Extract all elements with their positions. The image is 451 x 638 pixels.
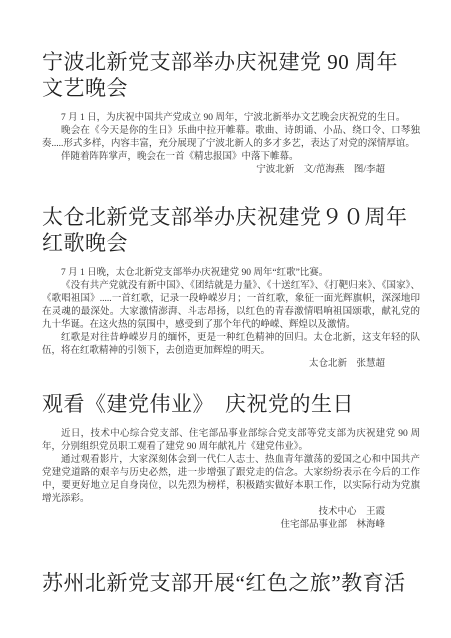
article-title: 太仓北新党支部举办庆祝建党９０周年 红歌晚会: [42, 204, 420, 256]
article-title-line: 红歌晚会: [42, 230, 420, 256]
article-body: 7 月 1 日，为庆祝中国共产党成立 90 周年，宁波北新举办文艺晚会庆祝党的生…: [42, 112, 420, 177]
article-title-line: 宁波北新党支部举办庆祝建党 90 周年: [42, 49, 420, 75]
article-title-line: 文艺晚会: [42, 75, 420, 101]
article-title-line: 观看《建党伟业》 庆祝党的生日: [42, 391, 420, 417]
article-title-line: 太仓北新党支部举办庆祝建党９０周年: [42, 204, 420, 230]
article-section-ningbo: 宁波北新党支部举办庆祝建党 90 周年 文艺晚会 7 月 1 日，为庆祝中国共产…: [42, 49, 420, 177]
document-page: 宁波北新党支部举办庆祝建党 90 周年 文艺晚会 7 月 1 日，为庆祝中国共产…: [0, 0, 451, 638]
article-paragraph: 7 月 1 日晚，太仓北新党支部举办庆祝建党 90 周年“红歌”比赛。: [42, 267, 420, 280]
article-section-jiandangweiye: 观看《建党伟业》 庆祝党的生日 近日，技术中心综合党支部、住宅部品事业部综合党支…: [42, 391, 420, 532]
article-section-suzhou: 苏州北新党支部开展“红色之旅”教育活: [42, 570, 420, 596]
article-paragraph: 晚会在《今天是你的生日》乐曲中拉开帷幕。歌曲、诗朗诵、小品、绕口令、口琴独奏..…: [42, 125, 420, 151]
article-section-taicang: 太仓北新党支部举办庆祝建党９０周年 红歌晚会 7 月 1 日晚，太仓北新党支部举…: [42, 204, 420, 371]
article-paragraph: 《没有共产党就没有新中国》、《团结就是力量》、《十送红军》、《打靶归来》、《国家…: [42, 280, 420, 332]
article-byline: 技术中心 王霞: [42, 506, 420, 519]
article-paragraph: 近日，技术中心综合党支部、住宅部品事业部综合党支部等党支部为庆祝建党 90 周年…: [42, 428, 420, 454]
article-paragraph: 伴随着阵阵掌声，晚会在一首《精忠报国》中落下帷幕。: [42, 151, 420, 164]
article-title: 苏州北新党支部开展“红色之旅”教育活: [42, 570, 420, 596]
article-byline: 宁波北新 文/范海燕 图/李超: [42, 164, 420, 177]
article-byline: 住宅部品事业部 林海峰: [42, 519, 420, 532]
article-paragraph: 通过观看影片，大家深刻体会到一代仁人志士、热血青年激荡的爱国之心和中国共产党建党…: [42, 454, 420, 506]
article-paragraph: 7 月 1 日，为庆祝中国共产党成立 90 周年，宁波北新举办文艺晚会庆祝党的生…: [42, 112, 420, 125]
article-title: 观看《建党伟业》 庆祝党的生日: [42, 391, 420, 417]
article-byline: 太仓北新 张慧超: [42, 358, 420, 371]
article-paragraph: 红歌是对往昔峥嵘岁月的缅怀，更是一种红色精神的回归。太仓北新，这支年轻的队伍，将…: [42, 332, 420, 358]
article-body: 近日，技术中心综合党支部、住宅部品事业部综合党支部等党支部为庆祝建党 90 周年…: [42, 428, 420, 532]
article-title-line: 苏州北新党支部开展“红色之旅”教育活: [42, 570, 420, 596]
article-title: 宁波北新党支部举办庆祝建党 90 周年 文艺晚会: [42, 49, 420, 101]
article-body: 7 月 1 日晚，太仓北新党支部举办庆祝建党 90 周年“红歌”比赛。 《没有共…: [42, 267, 420, 371]
